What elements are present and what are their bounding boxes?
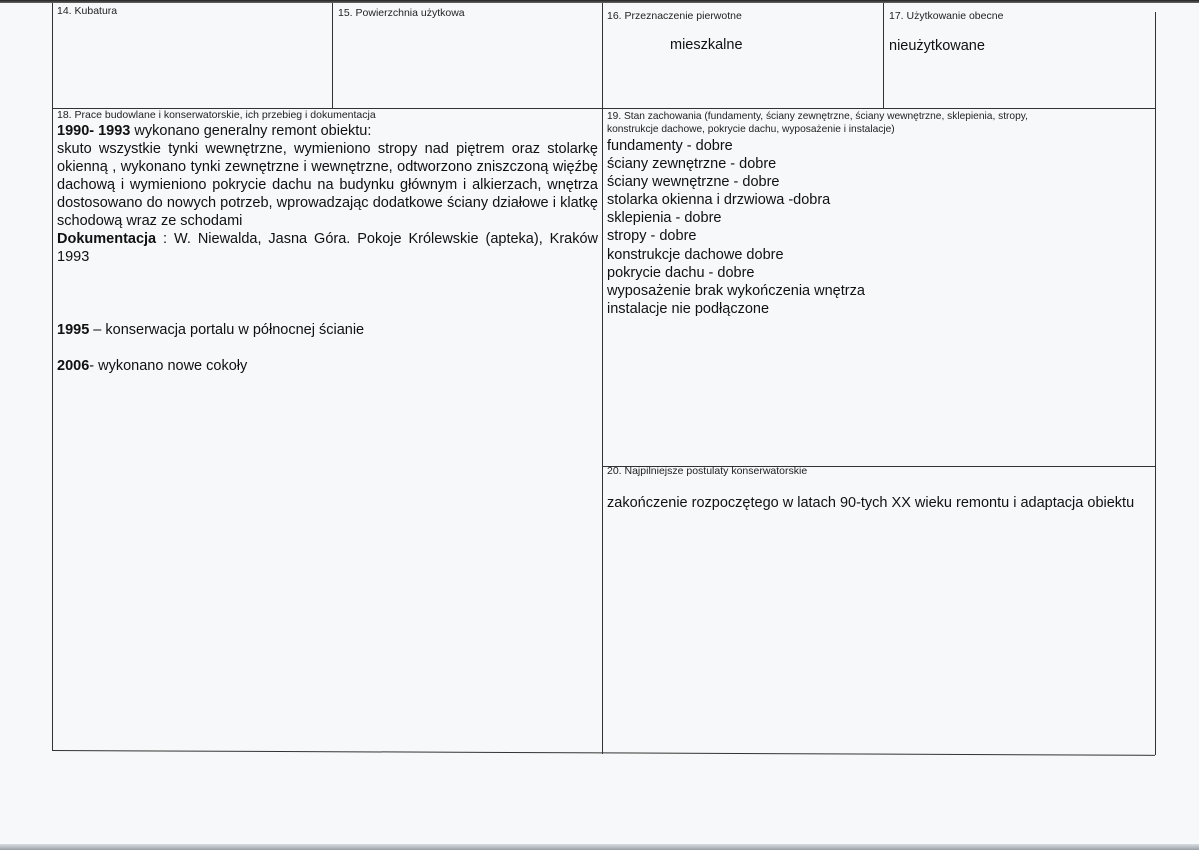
field18-label: 18. Prace budowlane i konserwatorskie, i… xyxy=(57,109,376,121)
field16-label: 16. Przeznaczenie pierwotne xyxy=(607,10,742,22)
field19-label: 19. Stan zachowania (fundamenty, ściany … xyxy=(607,111,1152,136)
condition-item: konstrukcje dachowe dobre xyxy=(607,246,1152,264)
field14-label: 14. Kubatura xyxy=(57,5,117,17)
condition-item: stropy - dobre xyxy=(607,227,1152,245)
divider-14-15 xyxy=(332,3,333,108)
field16-value: mieszkalne xyxy=(670,37,743,53)
scan-top-edge xyxy=(0,0,1199,3)
condition-item: sklepienia - dobre xyxy=(607,209,1152,227)
field19-label-line2: konstrukcje dachowe, pokrycie dachu, wyp… xyxy=(607,124,1152,137)
entry1-year: 1990- 1993 xyxy=(57,123,130,139)
entry1-title: wykonano generalny remont obiektu: xyxy=(130,123,371,139)
condition-item: wyposażenie brak wykończenia wnętrza xyxy=(607,282,1152,300)
entry2-year: 1995 xyxy=(57,322,89,338)
field20-value: zakończenie rozpoczętego w latach 90-tyc… xyxy=(607,494,1137,512)
field15-label: 15. Powierzchnia użytkowa xyxy=(338,7,465,19)
field19-label-line1: 19. Stan zachowania (fundamenty, ściany … xyxy=(607,111,1152,124)
field20-label: 20. Najpilniejsze postulaty konserwators… xyxy=(607,465,807,477)
condition-item: fundamenty - dobre xyxy=(607,137,1152,155)
entry3-text: - wykonano nowe cokoły xyxy=(89,358,247,374)
entry2: 1995 – konserwacja portalu w północnej ś… xyxy=(57,321,598,339)
field17-value: nieużytkowane xyxy=(889,38,985,54)
entry2-text: – konserwacja portalu w północnej ściani… xyxy=(89,322,364,338)
divider-16-17 xyxy=(883,3,884,108)
documentation-label: Dokumentacja xyxy=(57,231,156,247)
field18-content: 1990- 1993 wykonano generalny remont obi… xyxy=(57,122,598,266)
divider-bottom xyxy=(52,750,1155,756)
condition-item: pokrycie dachu - dobre xyxy=(607,264,1152,282)
condition-item: ściany wewnętrzne - dobre xyxy=(607,173,1152,191)
entry3-year: 2006 xyxy=(57,358,89,374)
scan-bottom-edge xyxy=(0,844,1199,850)
field19-list: fundamenty - dobre ściany zewnętrzne - d… xyxy=(607,137,1152,318)
entry1-body: skuto wszystkie tynki wewnętrzne, wymien… xyxy=(57,140,598,230)
field17-label: 17. Użytkowanie obecne xyxy=(889,10,1003,22)
condition-item: stolarka okienna i drzwiowa -dobra xyxy=(607,191,1152,209)
border-right xyxy=(1155,12,1156,755)
condition-item: instalacje nie podłączone xyxy=(607,300,1152,318)
entry3: 2006- wykonano nowe cokoły xyxy=(57,357,598,375)
border-left xyxy=(52,3,53,751)
divider-center xyxy=(602,3,603,754)
condition-item: ściany zewnętrzne - dobre xyxy=(607,155,1152,173)
